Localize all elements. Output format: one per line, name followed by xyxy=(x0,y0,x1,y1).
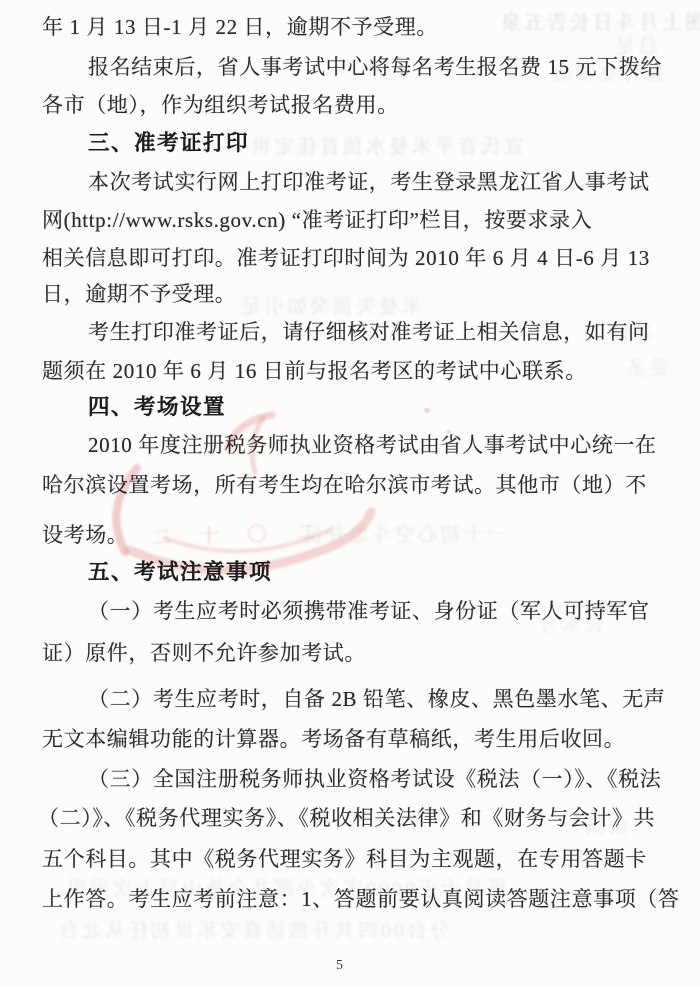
text-line: 上作答。考生应考前注意：1、答题前要认真阅读答题注意事项（答 xyxy=(42,888,680,911)
text-line: 设考场。 xyxy=(42,524,128,547)
section-heading-exam-notes: 五、考试注意事项 xyxy=(88,561,272,585)
section-heading-admission-ticket: 三、准考证打印 xyxy=(88,132,249,156)
bleed-through-smudge: 宣氏音平米曼水顶首佳定世 xyxy=(248,130,524,159)
section-heading-exam-venue: 四、考场设置 xyxy=(88,396,226,420)
text-line: 本次考试实行网上打印准考证，考生登录黑龙江省人事考试 xyxy=(88,171,650,194)
text-line: 五个科目。其中《税务代理实务》科目为主观题，在专用答题卡 xyxy=(42,848,647,871)
text-line: 2010 年度注册税务师执业资格考试由省人事考试中心统一在 xyxy=(88,434,657,457)
text-line: 考生打印准考证后，请仔细核对准考证上相关信息，如有问 xyxy=(88,321,650,344)
bleed-through-smudge: 图上月斗日长告五泉 xyxy=(498,6,700,35)
red-ink-speck xyxy=(424,408,430,413)
bleed-through-smudge: 分台00四共升然话真安乐世初任从北台 xyxy=(56,914,450,943)
text-line: 无文本编辑功能的计算器。考场备有草稿纸，考生用后收回。 xyxy=(42,728,625,751)
bleed-through-smudge: 米曼失顶癸如引足 xyxy=(238,290,422,319)
text-line: （三）全国注册税务师执业资格考试设《税法（一）》、《税法 xyxy=(88,768,661,791)
text-line: 报名结束后，省人事考试中心将每名考生报名费 15 元下拨给 xyxy=(88,56,662,79)
text-line: 题须在 2010 年 6 月 16 日前与报名考区的考试中心联系。 xyxy=(42,360,587,383)
text-line: 年 1 月 13 日-1 月 22 日，逾期不予受理。 xyxy=(42,16,438,39)
text-line: 哈尔滨设置考场，所有考生均在哈尔滨市考试。其他市（地）不 xyxy=(42,474,647,497)
text-line: （二）》、《税务代理实务》、《税收相关法律》和《财务与会计》共 xyxy=(38,807,655,830)
page-number: 5 xyxy=(336,958,343,974)
text-line: 日，逾期不予受理。 xyxy=(42,283,236,306)
bleed-through-smudge: 妥圣 xyxy=(624,352,670,381)
text-line: 证）原件，否则不允许参加考试。 xyxy=(42,642,366,665)
text-line: 各市（地），作为组织考试报名费用。 xyxy=(42,94,399,117)
text-line: （一）考生应考时必须携带准考证、身份证（军人可持军官 xyxy=(88,600,650,623)
text-line-with-url: 网(http://www.rsks.gov.cn) “准考证打印”栏目，按要求录… xyxy=(42,209,592,232)
scanned-document-page: 图上月斗日长告五泉 总足 届青女米出 宣氏音平米曼水顶首佳定世 米曼失顶癸如引足… xyxy=(0,0,700,987)
text-line: （二）考生应考时，自备 2B 铅笔、橡皮、黑色墨水笔、无声 xyxy=(88,688,665,711)
text-line: 相关信息即可打印。准考证打印时间为 2010 年 6 月 4 日-6 月 13 xyxy=(42,247,650,270)
